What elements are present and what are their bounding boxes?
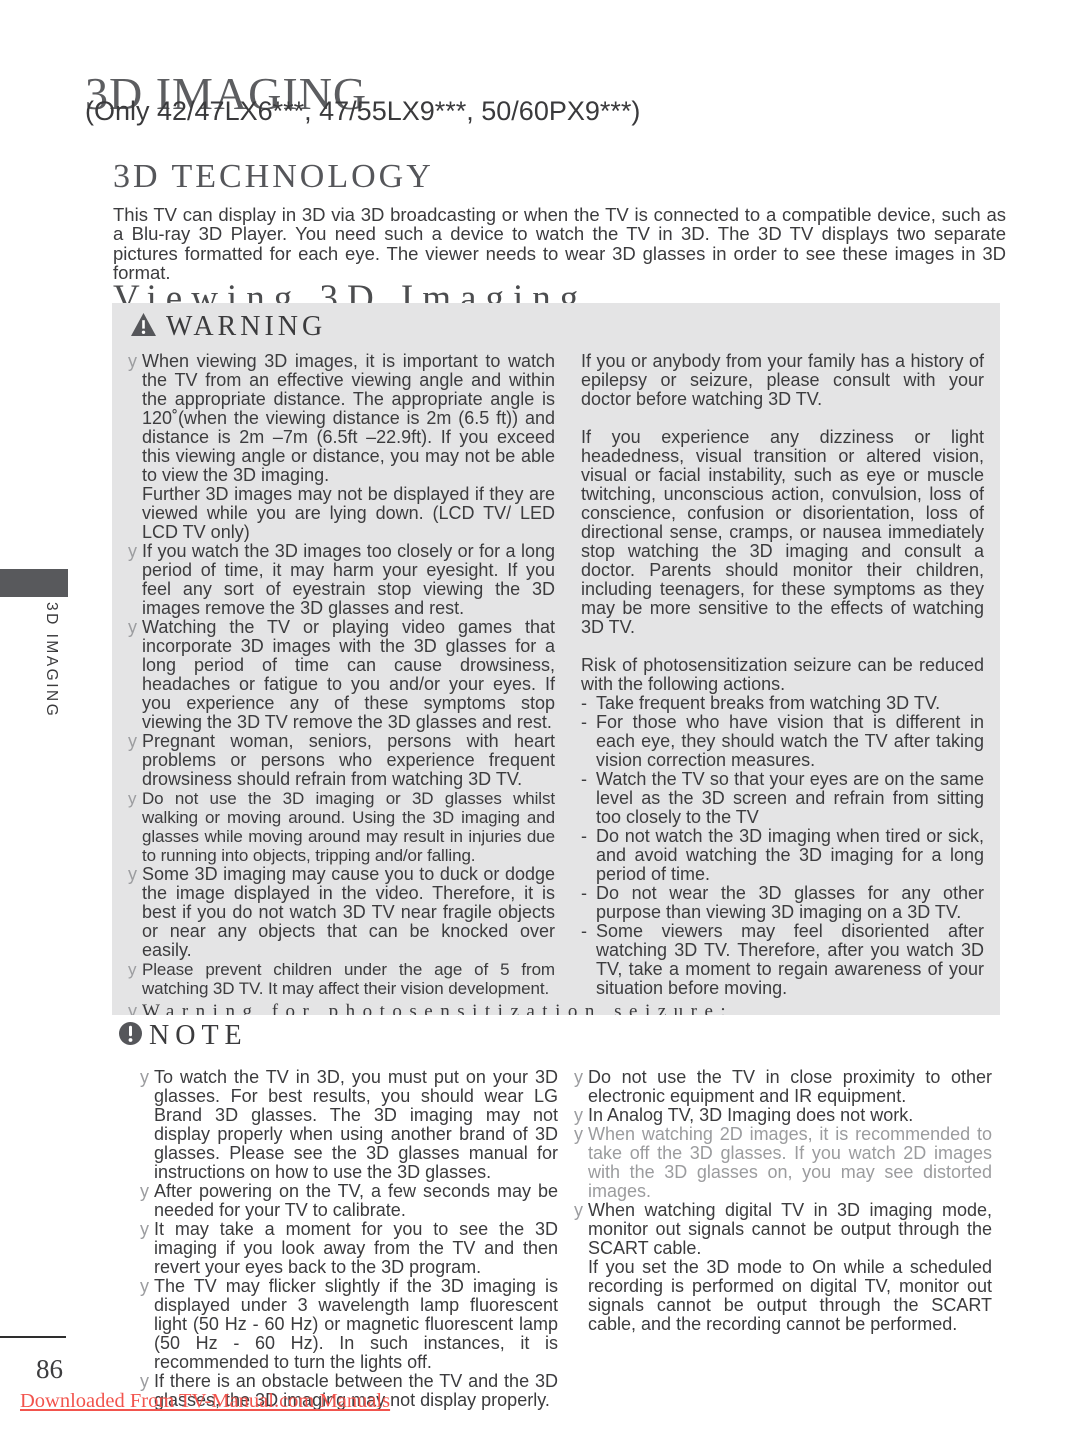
warning-box: WARNING y When viewing 3D images, it is … [112, 303, 1000, 1015]
item-text: Risk of photosensitization seizure can b… [581, 656, 984, 694]
warning-bullet-item: y Please prevent children under the age … [128, 960, 555, 998]
warning-triangle-icon [130, 312, 157, 342]
warning-columns: y When viewing 3D images, it is importan… [128, 352, 984, 998]
item-text: Take frequent breaks from watching 3D TV… [596, 694, 984, 713]
note-bullet-item: y After powering on the TV, a few second… [140, 1182, 558, 1220]
item-text: Watch the TV so that your eyes are on th… [596, 770, 984, 827]
manual-page: 3D IMAGING (Only 42/47LX6***, 47/55LX9**… [0, 0, 1080, 1440]
bullet-icon: y [128, 789, 142, 865]
photosensitization-warning: y Warning for photosensitization seizure… [128, 1001, 984, 1015]
warning-right-item: - For those who have vision that is diff… [581, 713, 984, 770]
warning-left-column: y When viewing 3D images, it is importan… [128, 352, 555, 998]
bullet-text: Please prevent children under the age of… [142, 960, 555, 998]
note-bullet-item: y When watching digital TV in 3D imaging… [574, 1201, 992, 1334]
bullet-text: It may take a moment for you to see the … [154, 1220, 558, 1277]
section-heading-3d-technology: 3D TECHNOLOGY [113, 158, 434, 196]
note-bullet-item: y Do not use the TV in close proximity t… [574, 1068, 992, 1106]
footer-rule [0, 1336, 66, 1338]
note-left-column: y To watch the TV in 3D, you must put on… [140, 1068, 558, 1410]
note-exclamation-icon [118, 1021, 143, 1051]
3d-technology-paragraph: This TV can display in 3D via 3D broadca… [113, 205, 1006, 283]
warning-bullet-item: y Some 3D imaging may cause you to duck … [128, 865, 555, 960]
bullet-icon: y [140, 1182, 154, 1220]
bullet-icon: y [140, 1277, 154, 1372]
warning-right-item: - Take frequent breaks from watching 3D … [581, 694, 984, 713]
note-columns: y To watch the TV in 3D, you must put on… [140, 1068, 992, 1410]
warning-label: WARNING [166, 311, 326, 343]
note-bullet-item: y When watching 2D images, it is recomme… [574, 1125, 992, 1201]
bullet-text: Pregnant woman, seniors, persons with he… [142, 732, 555, 789]
bullet-icon: y [128, 960, 142, 998]
item-text: If you experience any dizziness or light… [581, 428, 984, 637]
item-text: Some viewers may feel disoriented after … [596, 922, 984, 998]
chapter-tab [0, 569, 68, 597]
warning-right-item: - Watch the TV so that your eyes are on … [581, 770, 984, 827]
bullet-icon: y [128, 865, 142, 960]
bullet-icon: y [140, 1068, 154, 1182]
bullet-text: Do not use the 3D imaging or 3D glasses … [142, 789, 555, 865]
bullet-text: To watch the TV in 3D, you must put on y… [154, 1068, 558, 1182]
bullet-text: In Analog TV, 3D Imaging does not work. [588, 1106, 992, 1125]
model-subtitle: (Only 42/47LX6***, 47/55LX9***, 50/60PX9… [85, 96, 640, 127]
item-text: If you or anybody from your family has a… [581, 352, 984, 409]
bullet-icon: y [574, 1125, 588, 1201]
warning-right-column: If you or anybody from your family has a… [581, 352, 984, 998]
list-marker: - [581, 713, 596, 770]
warning-header: WARNING [130, 311, 984, 343]
bullet-text: The TV may flicker slightly if the 3D im… [154, 1277, 558, 1372]
note-header: NOTE [118, 1020, 248, 1052]
bullet-text: When viewing 3D images, it is important … [142, 352, 555, 542]
downloaded-from-link[interactable]: Downloaded From TV-Manual.com Manuals [20, 1390, 390, 1413]
bullet-text: When watching 2D images, it is recommend… [588, 1125, 992, 1201]
note-bullet-item: y It may take a moment for you to see th… [140, 1220, 558, 1277]
list-marker: - [581, 694, 596, 713]
warning-right-item: - Some viewers may feel disoriented afte… [581, 922, 984, 998]
photosensitization-title: Warning for photosensitization seizure: [142, 1001, 733, 1015]
bullet-icon: y [574, 1201, 588, 1334]
bullet-text: If you watch the 3D images too closely o… [142, 542, 555, 618]
warning-right-item: - Do not watch the 3D imaging when tired… [581, 827, 984, 884]
list-marker: - [581, 922, 596, 998]
bullet-icon: y [140, 1220, 154, 1277]
note-bullet-item: y To watch the TV in 3D, you must put on… [140, 1068, 558, 1182]
bullet-icon: y [128, 618, 142, 732]
photosensitization-title-line: y Warning for photosensitization seizure… [128, 1001, 984, 1015]
warning-bullet-item: y Watching the TV or playing video games… [128, 618, 555, 732]
note-right-column: y Do not use the TV in close proximity t… [574, 1068, 992, 1410]
bullet-text: When watching digital TV in 3D imaging m… [588, 1201, 992, 1334]
warning-bullet-item: y Do not use the 3D imaging or 3D glasse… [128, 789, 555, 865]
warning-bullet-item: y If you watch the 3D images too closely… [128, 542, 555, 618]
bullet-text: Watching the TV or playing video games t… [142, 618, 555, 732]
bullet-icon: y [128, 352, 142, 542]
warning-right-item: If you experience any dizziness or light… [581, 428, 984, 637]
warning-right-item: If you or anybody from your family has a… [581, 352, 984, 409]
bullet-icon: y [128, 542, 142, 618]
bullet-icon: y [128, 732, 142, 789]
note-label: NOTE [149, 1020, 248, 1052]
item-text: Do not wear the 3D glasses for any other… [596, 884, 984, 922]
note-bullet-item: y In Analog TV, 3D Imaging does not work… [574, 1106, 992, 1125]
bullet-icon: y [128, 1001, 142, 1015]
item-text: For those who have vision that is differ… [596, 713, 984, 770]
list-marker: - [581, 827, 596, 884]
page-number: 86 [36, 1354, 63, 1385]
bullet-icon: y [574, 1106, 588, 1125]
warning-right-item: - Do not wear the 3D glasses for any oth… [581, 884, 984, 922]
bullet-icon: y [574, 1068, 588, 1106]
chapter-tab-label: 3D IMAGING [42, 602, 60, 718]
list-marker: - [581, 770, 596, 827]
item-text: Do not watch the 3D imaging when tired o… [596, 827, 984, 884]
bullet-text: After powering on the TV, a few seconds … [154, 1182, 558, 1220]
warning-right-item: Risk of photosensitization seizure can b… [581, 656, 984, 694]
bullet-text: Some 3D imaging may cause you to duck or… [142, 865, 555, 960]
bullet-text: Do not use the TV in close proximity to … [588, 1068, 992, 1106]
warning-bullet-item: y Pregnant woman, seniors, persons with … [128, 732, 555, 789]
list-marker: - [581, 884, 596, 922]
warning-bullet-item: y When viewing 3D images, it is importan… [128, 352, 555, 542]
note-bullet-item: y The TV may flicker slightly if the 3D … [140, 1277, 558, 1372]
